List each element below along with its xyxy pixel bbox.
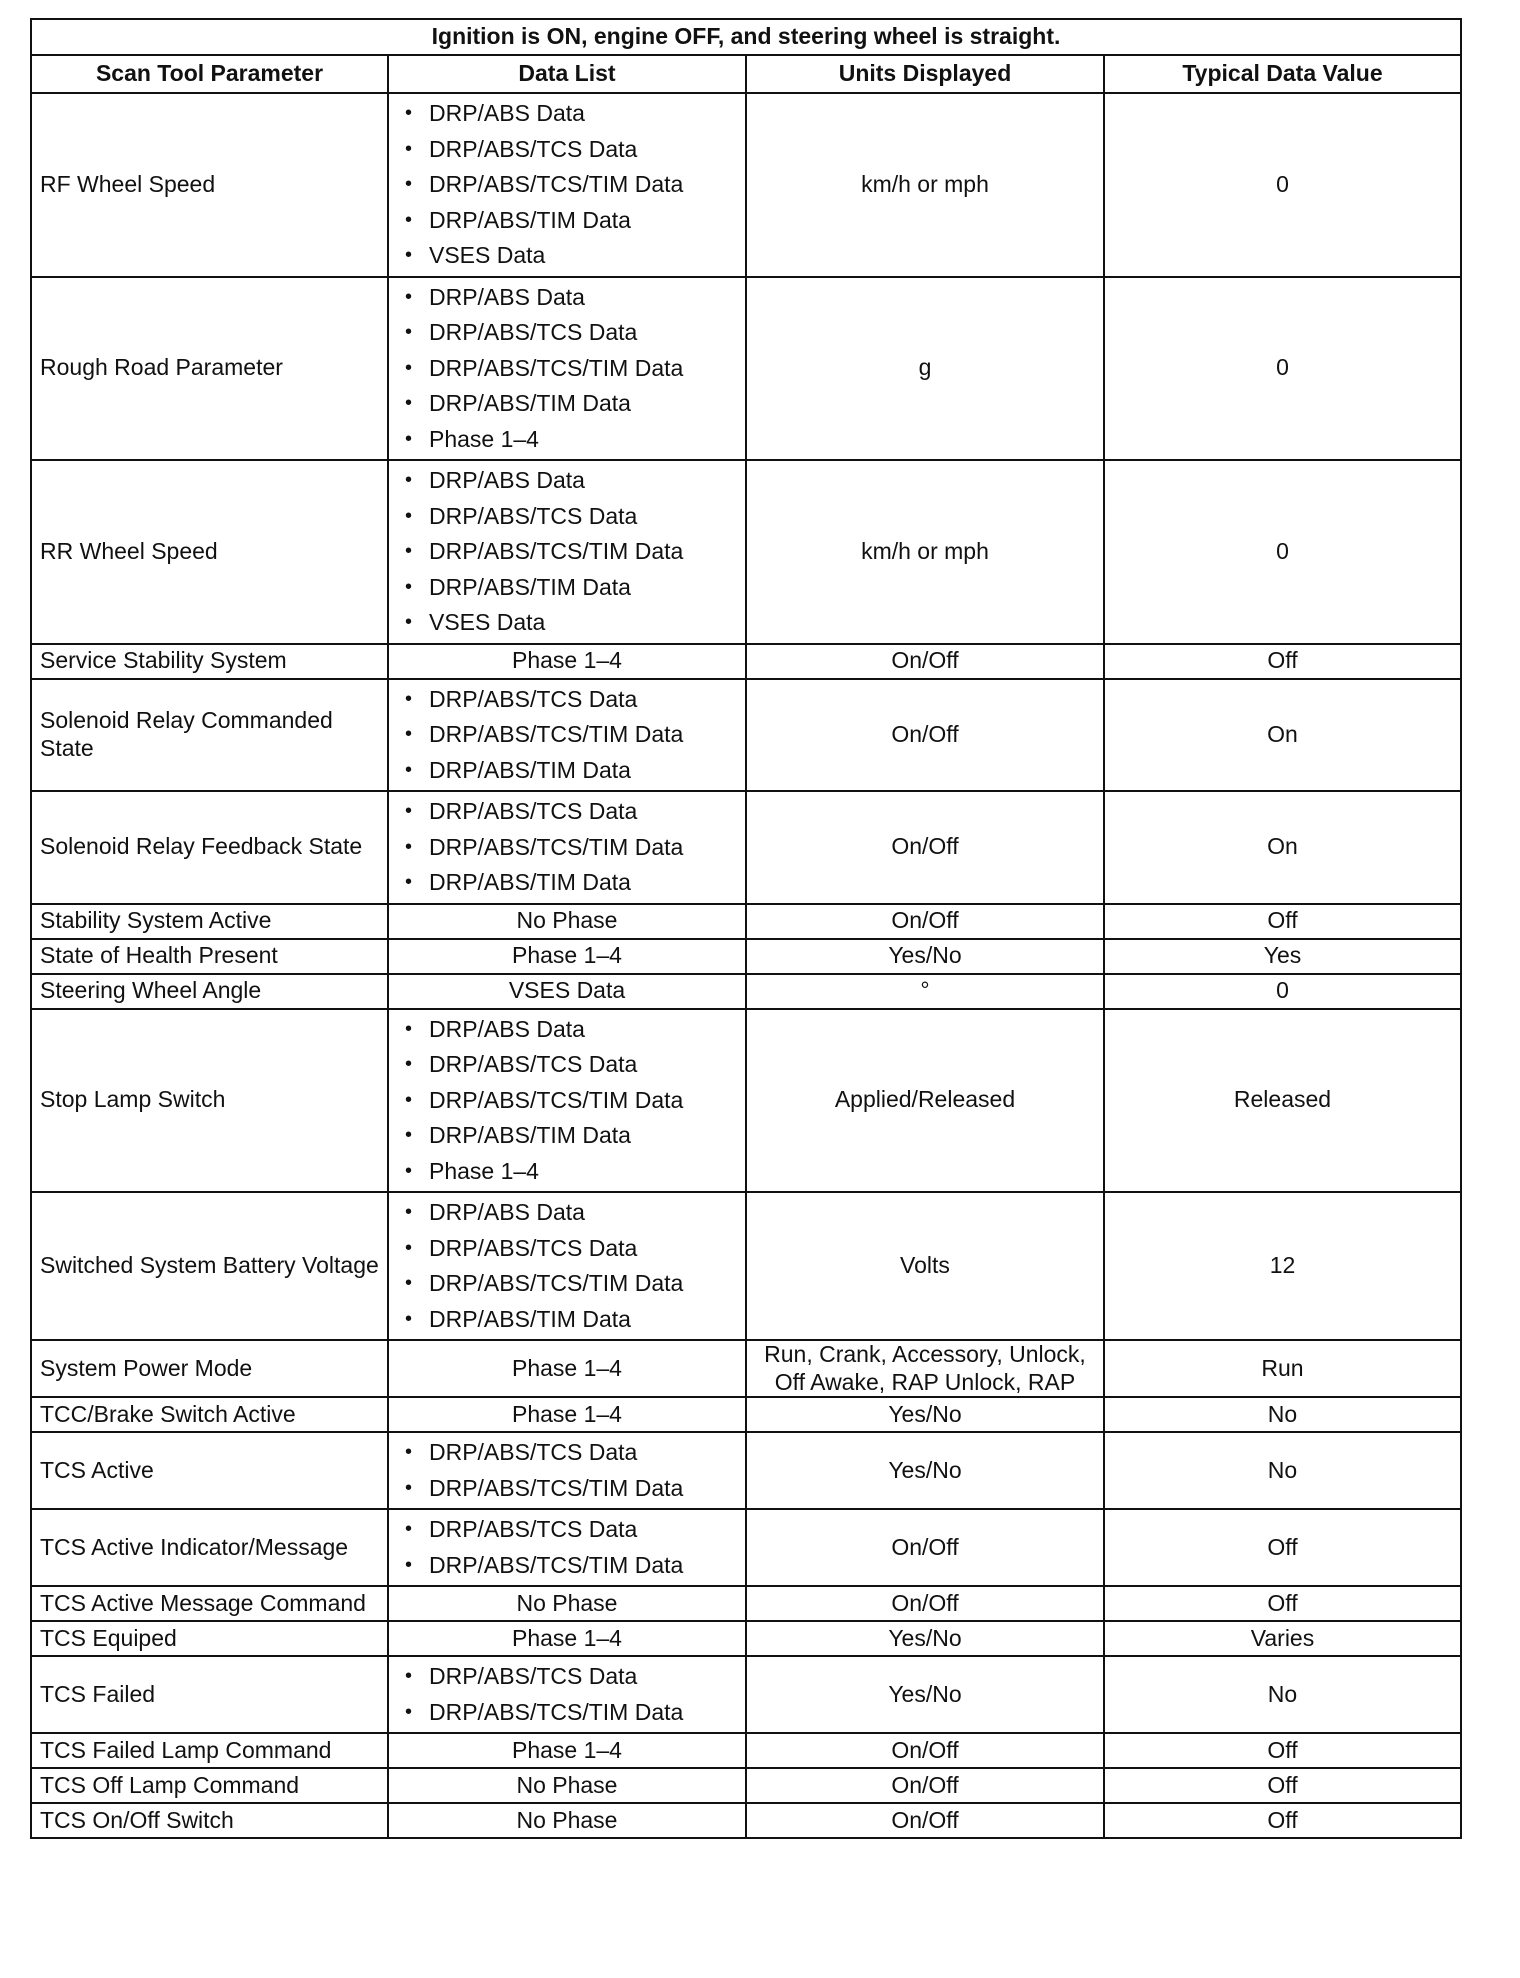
data-list-item: VSES Data [429,238,737,274]
data-list-item: DRP/ABS/TIM Data [429,753,737,789]
cell-data-list: DRP/ABS DataDRP/ABS/TCS DataDRP/ABS/TCS/… [388,460,746,644]
data-list-item: DRP/ABS/TCS/TIM Data [429,1083,737,1119]
cell-scan-tool-parameter: TCS Failed [31,1656,388,1733]
cell-scan-tool-parameter: TCS Failed Lamp Command [31,1733,388,1768]
scan-tool-data-table: Ignition is ON, engine OFF, and steering… [30,18,1462,1839]
cell-data-list: DRP/ABS DataDRP/ABS/TCS DataDRP/ABS/TCS/… [388,93,746,277]
table-row: TCS EquipedPhase 1–4Yes/NoVaries [31,1621,1461,1656]
data-list-item: DRP/ABS/TCS Data [429,1435,737,1471]
table-row: System Power ModePhase 1–4Run, Crank, Ac… [31,1340,1461,1397]
cell-typical-data-value: Off [1104,1733,1461,1768]
cell-units-displayed: On/Off [746,1586,1104,1621]
data-list-item: DRP/ABS/TCS Data [429,315,737,351]
data-list-bullets: DRP/ABS DataDRP/ABS/TCS DataDRP/ABS/TCS/… [397,1012,737,1190]
cell-typical-data-value: Off [1104,1509,1461,1586]
cell-data-list: DRP/ABS DataDRP/ABS/TCS DataDRP/ABS/TCS/… [388,277,746,461]
table-caption: Ignition is ON, engine OFF, and steering… [31,19,1461,55]
data-list-item: DRP/ABS Data [429,280,737,316]
table-row: Rough Road ParameterDRP/ABS DataDRP/ABS/… [31,277,1461,461]
cell-units-displayed: Yes/No [746,939,1104,974]
caption-row: Ignition is ON, engine OFF, and steering… [31,19,1461,55]
cell-units-displayed: Yes/No [746,1621,1104,1656]
data-list-bullets: DRP/ABS/TCS DataDRP/ABS/TCS/TIM Data [397,1512,737,1583]
cell-data-list: No Phase [388,904,746,939]
table-row: Stability System ActiveNo PhaseOn/OffOff [31,904,1461,939]
data-list-item: DRP/ABS/TCS/TIM Data [429,717,737,753]
data-list-item: DRP/ABS/TCS/TIM Data [429,167,737,203]
cell-scan-tool-parameter: Stop Lamp Switch [31,1009,388,1193]
data-list-item: DRP/ABS/TCS Data [429,1659,737,1695]
header-units-displayed: Units Displayed [746,55,1104,93]
cell-scan-tool-parameter: RF Wheel Speed [31,93,388,277]
data-list-item: DRP/ABS Data [429,1195,737,1231]
cell-scan-tool-parameter: TCS Off Lamp Command [31,1768,388,1803]
table-row: Stop Lamp SwitchDRP/ABS DataDRP/ABS/TCS … [31,1009,1461,1193]
cell-typical-data-value: Off [1104,1586,1461,1621]
cell-data-list: DRP/ABS DataDRP/ABS/TCS DataDRP/ABS/TCS/… [388,1009,746,1193]
header-row: Scan Tool Parameter Data List Units Disp… [31,55,1461,93]
table-row: Service Stability SystemPhase 1–4On/OffO… [31,644,1461,679]
header-scan-tool-parameter: Scan Tool Parameter [31,55,388,93]
cell-typical-data-value: No [1104,1397,1461,1432]
cell-data-list: Phase 1–4 [388,1397,746,1432]
cell-data-list: No Phase [388,1803,746,1838]
cell-units-displayed: Applied/Released [746,1009,1104,1193]
cell-units-displayed: On/Off [746,1803,1104,1838]
data-list-item: DRP/ABS/TIM Data [429,865,737,901]
header-data-list: Data List [388,55,746,93]
data-list-bullets: DRP/ABS/TCS DataDRP/ABS/TCS/TIM DataDRP/… [397,794,737,901]
cell-typical-data-value: No [1104,1432,1461,1509]
cell-typical-data-value: Varies [1104,1621,1461,1656]
header-typical-data-value: Typical Data Value [1104,55,1461,93]
data-list-item: DRP/ABS/TCS Data [429,1231,737,1267]
table-row: TCS Active Indicator/MessageDRP/ABS/TCS … [31,1509,1461,1586]
cell-data-list: VSES Data [388,974,746,1009]
table-body: RF Wheel SpeedDRP/ABS DataDRP/ABS/TCS Da… [31,93,1461,1838]
cell-data-list: DRP/ABS/TCS DataDRP/ABS/TCS/TIM Data [388,1509,746,1586]
cell-data-list: Phase 1–4 [388,1340,746,1397]
cell-data-list: Phase 1–4 [388,1621,746,1656]
cell-scan-tool-parameter: Steering Wheel Angle [31,974,388,1009]
table-row: TCS Active Message CommandNo PhaseOn/Off… [31,1586,1461,1621]
data-list-item: DRP/ABS/TCS Data [429,1512,737,1548]
cell-scan-tool-parameter: TCS Active Indicator/Message [31,1509,388,1586]
cell-scan-tool-parameter: Rough Road Parameter [31,277,388,461]
data-list-bullets: DRP/ABS DataDRP/ABS/TCS DataDRP/ABS/TCS/… [397,96,737,274]
table-row: RR Wheel SpeedDRP/ABS DataDRP/ABS/TCS Da… [31,460,1461,644]
cell-units-displayed: On/Off [746,904,1104,939]
table-row: TCS Off Lamp CommandNo PhaseOn/OffOff [31,1768,1461,1803]
cell-data-list: Phase 1–4 [388,644,746,679]
table-row: Switched System Battery VoltageDRP/ABS D… [31,1192,1461,1340]
data-list-item: VSES Data [429,605,737,641]
cell-typical-data-value: 0 [1104,277,1461,461]
data-list-item: DRP/ABS/TCS/TIM Data [429,1548,737,1584]
cell-units-displayed: ° [746,974,1104,1009]
cell-typical-data-value: Off [1104,1803,1461,1838]
data-list-bullets: DRP/ABS DataDRP/ABS/TCS DataDRP/ABS/TCS/… [397,463,737,641]
cell-data-list: Phase 1–4 [388,1733,746,1768]
cell-typical-data-value: Yes [1104,939,1461,974]
cell-units-displayed: On/Off [746,791,1104,904]
table-row: Steering Wheel AngleVSES Data°0 [31,974,1461,1009]
cell-scan-tool-parameter: Service Stability System [31,644,388,679]
table-row: TCS ActiveDRP/ABS/TCS DataDRP/ABS/TCS/TI… [31,1432,1461,1509]
data-list-item: DRP/ABS/TIM Data [429,1302,737,1338]
cell-typical-data-value: No [1104,1656,1461,1733]
data-list-item: DRP/ABS/TCS Data [429,794,737,830]
table-row: TCS FailedDRP/ABS/TCS DataDRP/ABS/TCS/TI… [31,1656,1461,1733]
cell-typical-data-value: 0 [1104,460,1461,644]
cell-units-displayed: On/Off [746,1768,1104,1803]
cell-scan-tool-parameter: TCS Active Message Command [31,1586,388,1621]
cell-scan-tool-parameter: System Power Mode [31,1340,388,1397]
data-list-item: DRP/ABS/TCS Data [429,499,737,535]
cell-units-displayed: km/h or mph [746,460,1104,644]
cell-units-displayed: Volts [746,1192,1104,1340]
data-list-item: DRP/ABS/TCS/TIM Data [429,351,737,387]
cell-scan-tool-parameter: Stability System Active [31,904,388,939]
data-list-item: DRP/ABS/TIM Data [429,1118,737,1154]
cell-units-displayed: Yes/No [746,1397,1104,1432]
data-list-item: DRP/ABS Data [429,463,737,499]
data-list-item: DRP/ABS Data [429,1012,737,1048]
cell-units-displayed: On/Off [746,1509,1104,1586]
cell-scan-tool-parameter: Switched System Battery Voltage [31,1192,388,1340]
cell-typical-data-value: Off [1104,1768,1461,1803]
cell-scan-tool-parameter: TCS Active [31,1432,388,1509]
data-list-item: DRP/ABS/TCS/TIM Data [429,830,737,866]
data-list-item: DRP/ABS Data [429,96,737,132]
cell-typical-data-value: Off [1104,904,1461,939]
cell-scan-tool-parameter: TCS On/Off Switch [31,1803,388,1838]
cell-typical-data-value: On [1104,679,1461,792]
data-list-bullets: DRP/ABS/TCS DataDRP/ABS/TCS/TIM Data [397,1435,737,1506]
cell-units-displayed: g [746,277,1104,461]
cell-units-displayed: Yes/No [746,1656,1104,1733]
data-list-item: DRP/ABS/TIM Data [429,570,737,606]
cell-units-displayed: Run, Crank, Accessory, Unlock, Off Awake… [746,1340,1104,1397]
cell-scan-tool-parameter: Solenoid Relay Feedback State [31,791,388,904]
data-list-item: DRP/ABS/TCS Data [429,1047,737,1083]
table-row: TCS Failed Lamp CommandPhase 1–4On/OffOf… [31,1733,1461,1768]
cell-units-displayed: km/h or mph [746,93,1104,277]
cell-scan-tool-parameter: TCS Equiped [31,1621,388,1656]
cell-units-displayed: On/Off [746,1733,1104,1768]
cell-units-displayed: Yes/No [746,1432,1104,1509]
cell-data-list: DRP/ABS/TCS DataDRP/ABS/TCS/TIM DataDRP/… [388,791,746,904]
cell-typical-data-value: Off [1104,644,1461,679]
table-row: Solenoid Relay Commanded StateDRP/ABS/TC… [31,679,1461,792]
data-list-bullets: DRP/ABS/TCS DataDRP/ABS/TCS/TIM DataDRP/… [397,682,737,789]
data-list-item: DRP/ABS/TCS/TIM Data [429,534,737,570]
cell-scan-tool-parameter: Solenoid Relay Commanded State [31,679,388,792]
data-list-item: Phase 1–4 [429,422,737,458]
data-list-bullets: DRP/ABS/TCS DataDRP/ABS/TCS/TIM Data [397,1659,737,1730]
data-list-item: DRP/ABS/TCS/TIM Data [429,1695,737,1731]
cell-data-list: No Phase [388,1768,746,1803]
cell-units-displayed: On/Off [746,679,1104,792]
cell-scan-tool-parameter: TCC/Brake Switch Active [31,1397,388,1432]
data-list-item: Phase 1–4 [429,1154,737,1190]
cell-typical-data-value: 12 [1104,1192,1461,1340]
data-list-item: DRP/ABS/TIM Data [429,386,737,422]
data-list-item: DRP/ABS/TCS Data [429,132,737,168]
data-list-bullets: DRP/ABS DataDRP/ABS/TCS DataDRP/ABS/TCS/… [397,1195,737,1337]
cell-data-list: Phase 1–4 [388,939,746,974]
cell-scan-tool-parameter: State of Health Present [31,939,388,974]
cell-units-displayed: On/Off [746,644,1104,679]
table-row: TCS On/Off SwitchNo PhaseOn/OffOff [31,1803,1461,1838]
table-row: Solenoid Relay Feedback StateDRP/ABS/TCS… [31,791,1461,904]
data-list-item: DRP/ABS/TCS/TIM Data [429,1471,737,1507]
data-list-bullets: DRP/ABS DataDRP/ABS/TCS DataDRP/ABS/TCS/… [397,280,737,458]
cell-scan-tool-parameter: RR Wheel Speed [31,460,388,644]
cell-typical-data-value: 0 [1104,93,1461,277]
data-list-item: DRP/ABS/TCS/TIM Data [429,1266,737,1302]
cell-typical-data-value: 0 [1104,974,1461,1009]
table-row: State of Health PresentPhase 1–4Yes/NoYe… [31,939,1461,974]
cell-typical-data-value: On [1104,791,1461,904]
table-row: TCC/Brake Switch ActivePhase 1–4Yes/NoNo [31,1397,1461,1432]
data-list-item: DRP/ABS/TCS Data [429,682,737,718]
table-row: RF Wheel SpeedDRP/ABS DataDRP/ABS/TCS Da… [31,93,1461,277]
cell-data-list: DRP/ABS DataDRP/ABS/TCS DataDRP/ABS/TCS/… [388,1192,746,1340]
cell-typical-data-value: Released [1104,1009,1461,1193]
cell-data-list: DRP/ABS/TCS DataDRP/ABS/TCS/TIM Data [388,1656,746,1733]
cell-data-list: DRP/ABS/TCS DataDRP/ABS/TCS/TIM DataDRP/… [388,679,746,792]
cell-data-list: No Phase [388,1586,746,1621]
cell-typical-data-value: Run [1104,1340,1461,1397]
cell-data-list: DRP/ABS/TCS DataDRP/ABS/TCS/TIM Data [388,1432,746,1509]
data-list-item: DRP/ABS/TIM Data [429,203,737,239]
